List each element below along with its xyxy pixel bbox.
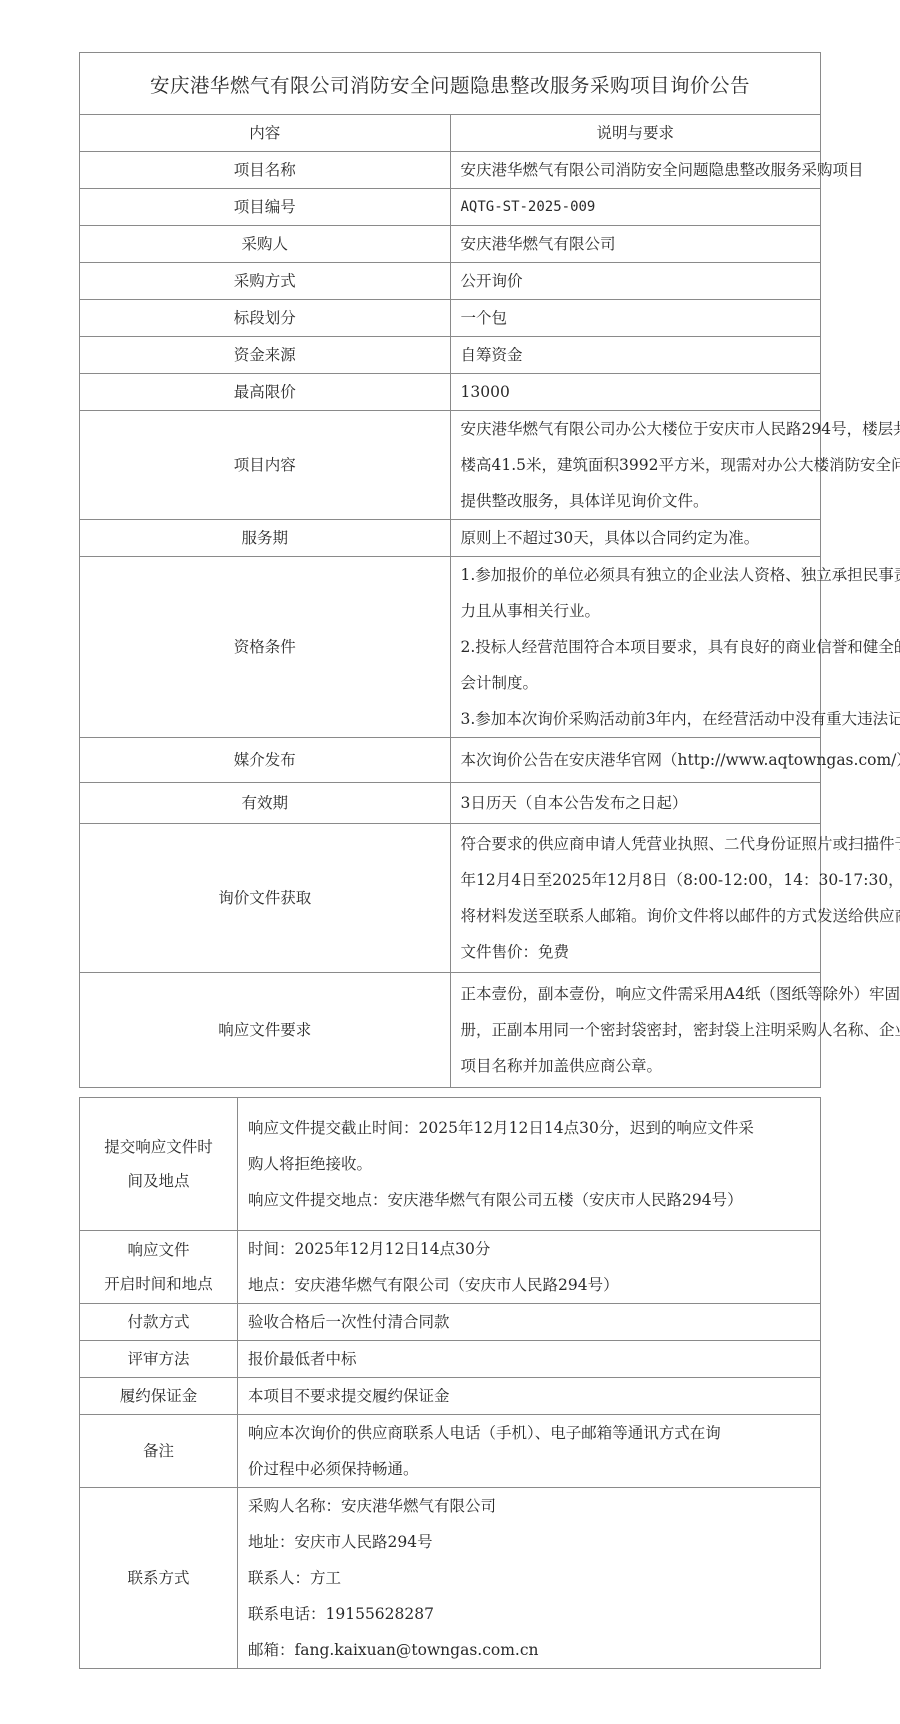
row-label: 采购人 <box>80 226 451 263</box>
title-row: 安庆港华燃气有限公司消防安全问题隐患整改服务采购项目询价公告 <box>80 53 821 115</box>
table-row-purchaser: 采购人 安庆港华燃气有限公司 <box>80 226 821 263</box>
header-description: 说明与要求 <box>450 115 821 152</box>
table-row-lot-division: 标段划分 一个包 <box>80 300 821 337</box>
contact-email: 邮箱：fang.kaixuan@towngas.com.cn <box>248 1632 810 1668</box>
website-link-text: 本次询价公告在安庆港华官网（http://www.aqtowngas.com/）… <box>461 742 811 778</box>
row-value: 一个包 <box>450 300 821 337</box>
row-value: 安庆港华燃气有限公司 <box>450 226 821 263</box>
row-label: 询价文件获取 <box>80 824 451 973</box>
table-row-document-acquisition: 询价文件获取 符合要求的供应商申请人凭营业执照、二代身份证照片或扫描件于2025… <box>80 824 821 973</box>
table-row-procurement-method: 采购方式 公开询价 <box>80 263 821 300</box>
row-label: 履约保证金 <box>80 1378 238 1415</box>
table-row-response-requirements: 响应文件要求 正本壹份，副本壹份，响应文件需采用A4纸（图纸等除外）牢固装订成 … <box>80 973 821 1088</box>
row-value: 验收合格后一次性付清合同款 <box>238 1304 821 1341</box>
table-row-max-price: 最高限价 13000 <box>80 374 821 411</box>
row-label: 资金来源 <box>80 337 451 374</box>
table-row-media-publication: 媒介发布 本次询价公告在安庆港华官网（http://www.aqtowngas.… <box>80 738 821 783</box>
contact-phone: 联系电话：19155628287 <box>248 1596 810 1632</box>
row-label: 评审方法 <box>80 1341 238 1378</box>
row-label: 资格条件 <box>80 557 451 738</box>
row-value: 本次询价公告在安庆港华官网（http://www.aqtowngas.com/）… <box>450 738 821 783</box>
header-row: 内容 说明与要求 <box>80 115 821 152</box>
table-row-payment-method: 付款方式 验收合格后一次性付清合同款 <box>80 1304 821 1341</box>
row-value: 时间：2025年12月12日14点30分 地点：安庆港华燃气有限公司（安庆市人民… <box>238 1231 821 1304</box>
table-row-project-number: 项目编号 AQTG-ST-2025-009 <box>80 189 821 226</box>
table-row-contact-info: 联系方式 采购人名称：安庆港华燃气有限公司 地址：安庆市人民路294号 联系人：… <box>80 1488 821 1669</box>
announcement-table-submission: 提交响应文件时 间及地点 响应文件提交截止时间：2025年12月12日14点30… <box>79 1097 821 1669</box>
row-label: 备注 <box>80 1415 238 1488</box>
table-row-qualifications: 资格条件 1.参加报价的单位必须具有独立的企业法人资格、独立承担民事责任能 力且… <box>80 557 821 738</box>
row-label: 有效期 <box>80 783 451 824</box>
row-label: 采购方式 <box>80 263 451 300</box>
table-row-submission-time-place: 提交响应文件时 间及地点 响应文件提交截止时间：2025年12月12日14点30… <box>80 1098 821 1231</box>
table-row-opening-time-place: 响应文件 开启时间和地点 时间：2025年12月12日14点30分 地点：安庆港… <box>80 1231 821 1304</box>
row-value: 正本壹份，副本壹份，响应文件需采用A4纸（图纸等除外）牢固装订成 册，正副本用同… <box>450 973 821 1088</box>
row-value: 采购人名称：安庆港华燃气有限公司 地址：安庆市人民路294号 联系人：方工 联系… <box>238 1488 821 1669</box>
table-row-project-name: 项目名称 安庆港华燃气有限公司消防安全问题隐患整改服务采购项目 <box>80 152 821 189</box>
row-label: 项目内容 <box>80 411 451 520</box>
table-row-funding-source: 资金来源 自筹资金 <box>80 337 821 374</box>
row-value: 报价最低者中标 <box>238 1341 821 1378</box>
row-value: 响应文件提交截止时间：2025年12月12日14点30分，迟到的响应文件采 购人… <box>238 1098 821 1231</box>
row-value: 安庆港华燃气有限公司办公大楼位于安庆市人民路294号，楼层共计9层， 楼高41.… <box>450 411 821 520</box>
row-label: 服务期 <box>80 520 451 557</box>
row-label: 联系方式 <box>80 1488 238 1669</box>
row-label: 付款方式 <box>80 1304 238 1341</box>
row-label: 项目名称 <box>80 152 451 189</box>
table-row-validity: 有效期 3日历天（自本公告发布之日起） <box>80 783 821 824</box>
row-value: 安庆港华燃气有限公司消防安全问题隐患整改服务采购项目 <box>450 152 821 189</box>
row-value: 本项目不要求提交履约保证金 <box>238 1378 821 1415</box>
header-content: 内容 <box>80 115 451 152</box>
row-value: 公开询价 <box>450 263 821 300</box>
contact-person: 联系人：方工 <box>248 1560 810 1596</box>
contact-purchaser-name: 采购人名称：安庆港华燃气有限公司 <box>248 1488 810 1524</box>
row-value: 13000 <box>450 374 821 411</box>
row-label: 项目编号 <box>80 189 451 226</box>
row-label: 媒介发布 <box>80 738 451 783</box>
row-label: 最高限价 <box>80 374 451 411</box>
row-label: 响应文件 开启时间和地点 <box>80 1231 238 1304</box>
row-value: 1.参加报价的单位必须具有独立的企业法人资格、独立承担民事责任能 力且从事相关行… <box>450 557 821 738</box>
row-label: 响应文件要求 <box>80 973 451 1088</box>
announcement-table-main: 安庆港华燃气有限公司消防安全问题隐患整改服务采购项目询价公告 内容 说明与要求 … <box>79 52 821 1088</box>
table-row-remarks: 备注 响应本次询价的供应商联系人电话（手机）、电子邮箱等通讯方式在询 价过程中必… <box>80 1415 821 1488</box>
row-value: AQTG-ST-2025-009 <box>450 189 821 226</box>
row-value: 符合要求的供应商申请人凭营业执照、二代身份证照片或扫描件于2025 年12月4日… <box>450 824 821 973</box>
page-title: 安庆港华燃气有限公司消防安全问题隐患整改服务采购项目询价公告 <box>80 53 821 115</box>
table-row-project-content: 项目内容 安庆港华燃气有限公司办公大楼位于安庆市人民路294号，楼层共计9层， … <box>80 411 821 520</box>
row-label: 提交响应文件时 间及地点 <box>80 1098 238 1231</box>
table-row-service-period: 服务期 原则上不超过30天，具体以合同约定为准。 <box>80 520 821 557</box>
table-row-evaluation-method: 评审方法 报价最低者中标 <box>80 1341 821 1378</box>
contact-address: 地址：安庆市人民路294号 <box>248 1524 810 1560</box>
row-value: 3日历天（自本公告发布之日起） <box>450 783 821 824</box>
table-row-performance-bond: 履约保证金 本项目不要求提交履约保证金 <box>80 1378 821 1415</box>
row-value: 原则上不超过30天，具体以合同约定为准。 <box>450 520 821 557</box>
row-value: 响应本次询价的供应商联系人电话（手机）、电子邮箱等通讯方式在询 价过程中必须保持… <box>238 1415 821 1488</box>
row-value: 自筹资金 <box>450 337 821 374</box>
row-label: 标段划分 <box>80 300 451 337</box>
